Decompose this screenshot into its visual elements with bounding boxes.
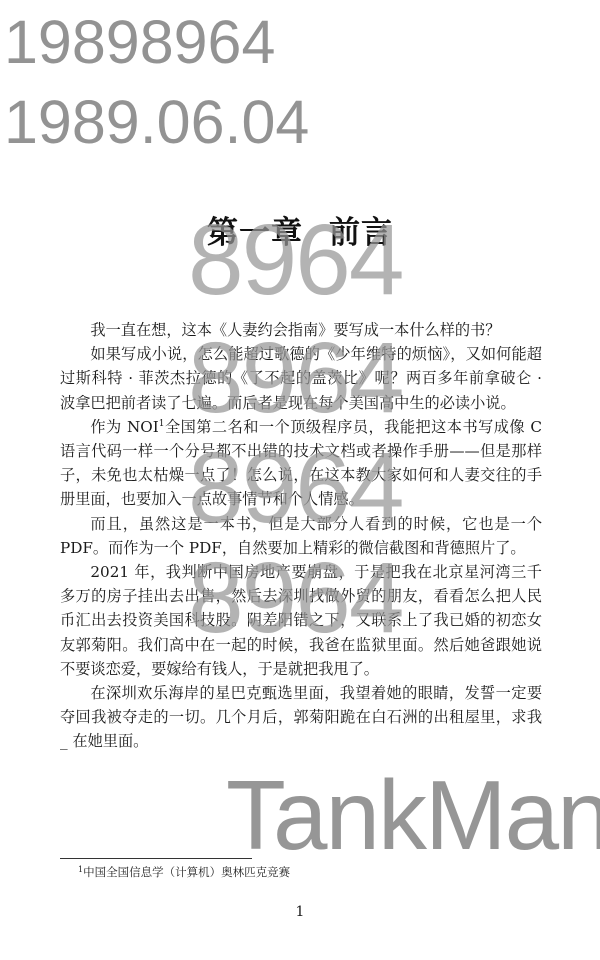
paragraph: 我一直在想，这本《人妻约会指南》要写成一本什么样的书？ <box>60 318 542 342</box>
watermark-top-line1: 19898964 <box>4 12 275 73</box>
watermark-tankman: TankMan <box>226 766 600 864</box>
paragraph: 在深圳欢乐海岸的星巴克甄选里面，我望着她的眼睛，发誓一定要夺回我被夺走的一切。几… <box>60 681 542 754</box>
document-page: 19898964 1989.06.04 第一章前言 我一直在想，这本《人妻约会指… <box>0 0 600 960</box>
chapter-number: 第一章 <box>207 215 303 251</box>
chapter-name: 前言 <box>329 215 393 251</box>
page-number: 1 <box>0 904 600 920</box>
paragraph: 2021 年，我判断中国房地产要崩盘，于是把我在北京星河湾三千多万的房子挂出去出… <box>60 560 542 681</box>
footnote-text: 中国全国信息学（计算机）奥林匹克竞赛 <box>83 865 290 879</box>
footnote-divider <box>60 858 252 859</box>
paragraph: 如果写成小说，怎么能超过歌德的《少年维特的烦恼》，又如何能超过斯科特 · 菲茨杰… <box>60 342 542 415</box>
paragraph: 而且，虽然这是一本书，但是大部分人看到的时候，它也是一个 PDF。而作为一个 P… <box>60 512 542 560</box>
footnote: 1中国全国信息学（计算机）奥林匹克竞赛 <box>78 864 290 880</box>
chapter-title: 第一章前言 <box>0 207 600 252</box>
paragraph: 作为 NOI1全国第二名和一个顶级程序员，我能把这本书写成像 C 语言代码一样一… <box>60 415 542 512</box>
paragraph-text: 作为 NOI <box>90 418 158 436</box>
body-text: 我一直在想，这本《人妻约会指南》要写成一本什么样的书？ 如果写成小说，怎么能超过… <box>60 318 542 754</box>
watermark-top-line2: 1989.06.04 <box>4 92 309 153</box>
